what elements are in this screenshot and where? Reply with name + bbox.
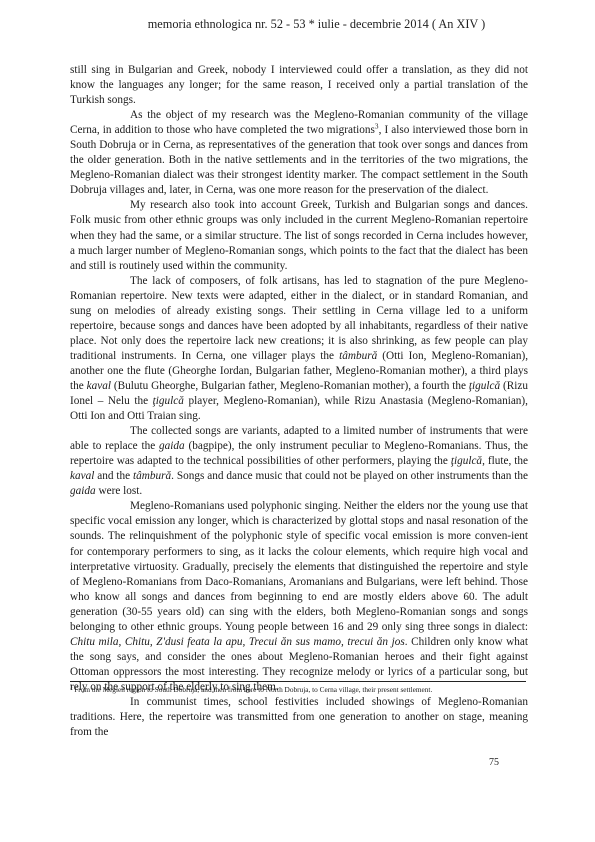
italic-term: kaval	[70, 470, 94, 482]
italic-term: ţigulcă	[451, 455, 482, 467]
text-run: The lack of composers, of folk artisans,…	[70, 275, 528, 362]
paragraph: still sing in Bulgarian and Greek, nobod…	[70, 63, 528, 108]
text-run: My research also took into account Greek…	[70, 199, 528, 271]
italic-term: ţigulcă	[153, 395, 184, 407]
text-run: and the	[94, 470, 133, 482]
italic-term: tâmbură	[339, 350, 377, 362]
footnote-text: From the Meglen region to South Dobruja,…	[72, 685, 432, 694]
paragraph: The collected songs are variants, adapte…	[70, 424, 528, 499]
paragraph: Megleno-Romanians used polyphonic singin…	[70, 499, 528, 695]
paragraph: The lack of composers, of folk artisans,…	[70, 274, 528, 424]
footnote-rule	[70, 681, 526, 682]
page-number: 75	[489, 757, 499, 768]
italic-term: kaval	[87, 380, 111, 392]
paragraph: In communist times, school festivities i…	[70, 695, 528, 740]
footnote: 3 From the Meglen region to South Dobruj…	[70, 685, 540, 695]
text-run: In communist times, school festivities i…	[70, 696, 528, 738]
text-run: still sing in Bulgarian and Greek, nobod…	[70, 64, 528, 106]
italic-term: Chitu mila, Chitu, Z'dusi feata la apu, …	[70, 636, 405, 648]
running-header: memoria ethnologica nr. 52 - 53 * iulie …	[0, 17, 595, 32]
paragraph: My research also took into account Greek…	[70, 198, 528, 273]
text-run: (Bulutu Gheorghe, Bulgarian father, Megl…	[111, 380, 469, 392]
text-run: were lost.	[96, 485, 143, 497]
italic-term: tâmbură	[133, 470, 171, 482]
body-text: still sing in Bulgarian and Greek, nobod…	[70, 63, 528, 740]
italic-term: ţigulcă	[469, 380, 500, 392]
text-run: . Songs and dance music that could not b…	[171, 470, 528, 482]
paragraph: As the object of my research was the Meg…	[70, 108, 528, 198]
italic-term: gaida	[159, 440, 185, 452]
text-run: , flute, the	[482, 455, 528, 467]
text-run: Megleno-Romanians used polyphonic singin…	[70, 500, 528, 632]
italic-term: gaida	[70, 485, 96, 497]
